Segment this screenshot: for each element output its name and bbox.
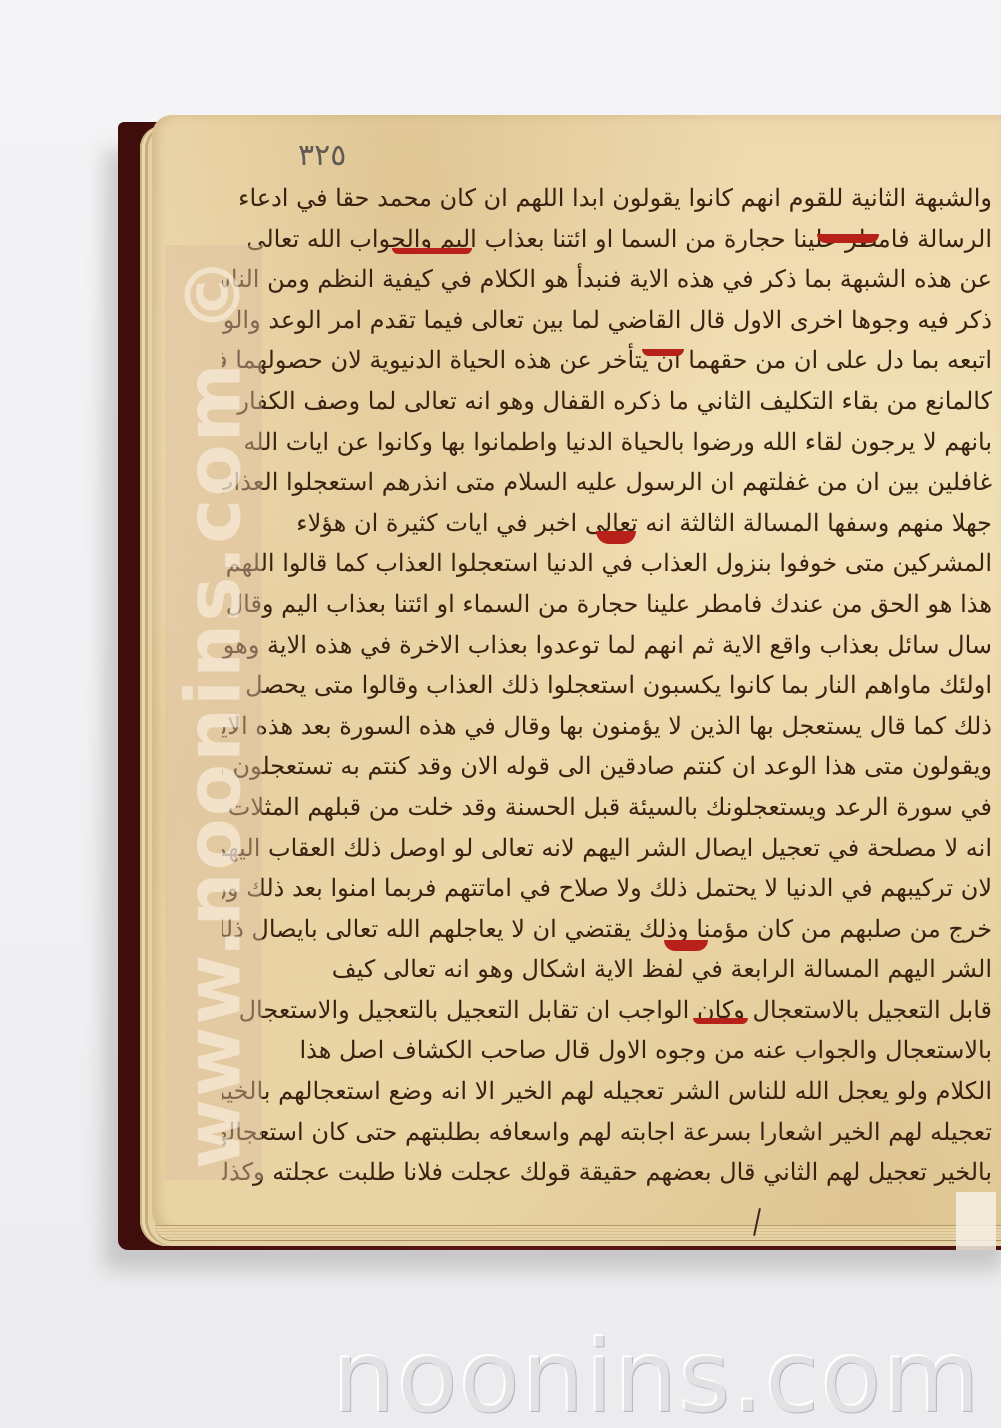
text-line: ويقولون متى هذا الوعد ان كنتم صادقين الى… bbox=[222, 746, 992, 787]
page-bottom-edges bbox=[155, 1225, 1001, 1241]
watermark-bottom-text: noonins.com bbox=[332, 1318, 981, 1428]
text-line: بالخير تعجيل لهم الثاني قال بعضهم حقيقة … bbox=[222, 1152, 992, 1193]
paper-repair-patch bbox=[956, 1192, 996, 1250]
text-line: ذكر فيه وجوها اخرى الاول قال القاضي لما … bbox=[222, 300, 992, 341]
rubric-mark bbox=[817, 234, 879, 243]
rubric-mark bbox=[693, 1018, 748, 1024]
rubric-mark bbox=[664, 940, 708, 951]
text-line: ذلك كما قال يستعجل بها الذين لا يؤمنون ب… bbox=[222, 706, 992, 747]
text-line: الشر اليهم المسالة الرابعة في لفظ الاية … bbox=[222, 949, 992, 990]
rubric-mark bbox=[642, 349, 684, 356]
text-line: قابل التعجيل بالاستعجال وكان الواجب ان ت… bbox=[222, 990, 992, 1031]
text-line: الكلام ولو يعجل الله للناس الشر تعجيله ل… bbox=[222, 1071, 992, 1112]
text-line: لان تركيبهم في الدنيا لا يحتمل ذلك ولا ص… bbox=[222, 868, 992, 909]
text-line: انه لا مصلحة في تعجيل ايصال الشر اليهم ل… bbox=[222, 828, 992, 869]
text-line: في سورة الرعد ويستعجلونك بالسيئة قبل الح… bbox=[222, 787, 992, 828]
text-line: غافلين بين ان من غفلتهم ان الرسول عليه ا… bbox=[222, 462, 992, 503]
text-line: عن هذه الشبهة بما ذكر في هذه الاية فنبدأ… bbox=[222, 259, 992, 300]
rubric-mark bbox=[392, 248, 472, 254]
text-line: بانهم لا يرجون لقاء الله ورضوا بالحياة ا… bbox=[222, 422, 992, 463]
folio-number: ٣٢٥ bbox=[298, 138, 346, 173]
text-line: كالمانع من بقاء التكليف الثاني ما ذكره ا… bbox=[222, 381, 992, 422]
text-line: خرج من صلبهم من كان مؤمنا وذلك يقتضي ان … bbox=[222, 909, 992, 950]
text-line: والشبهة الثانية للقوم انهم كانوا يقولون … bbox=[222, 178, 992, 219]
watermark-vertical-text: www.noonins.com © bbox=[169, 255, 258, 1169]
manuscript-text-block: والشبهة الثانية للقوم انهم كانوا يقولون … bbox=[222, 178, 992, 1193]
text-line: اتبعه بما دل على ان من حقهما ان يتأخر عن… bbox=[222, 340, 992, 381]
text-line: المشركين متى خوفوا بنزول العذاب في الدني… bbox=[222, 543, 992, 584]
text-line: سال سائل بعذاب واقع الاية ثم انهم لما تو… bbox=[222, 625, 992, 666]
text-line: تعجيله لهم الخير اشعارا بسرعة اجابته لهم… bbox=[222, 1112, 992, 1153]
text-line: هذا هو الحق من عندك فامطر علينا حجارة من… bbox=[222, 584, 992, 625]
text-line: اولئك ماواهم النار بما كانوا يكسبون استع… bbox=[222, 665, 992, 706]
text-line: بالاستعجال والجواب عنه من وجوه الاول قال… bbox=[222, 1030, 992, 1071]
